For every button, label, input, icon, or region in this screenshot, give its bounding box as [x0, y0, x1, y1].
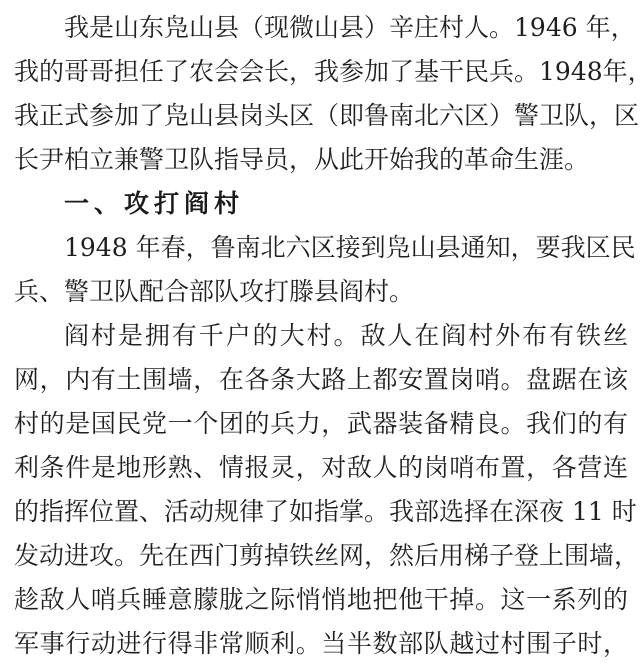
text-line: 的指挥位置、活动规律了如指掌。我部选择在深夜 11 时	[14, 490, 628, 534]
text-line: 发动进攻。先在西门剪掉铁丝网，然后用梯子登上围墙，	[14, 534, 628, 578]
section-paragraph-1: 1948 年春，鲁南北六区接到凫山县通知，要我区民 兵、警卫队配合部队攻打滕县阎…	[14, 226, 628, 314]
text-line: 我正式参加了凫山县岗头区（即鲁南北六区）警卫队，区	[14, 94, 628, 138]
intro-paragraph: 我是山东凫山县（现微山县）辛庄村人。1946 年， 我的哥哥担任了农会会长，我参…	[14, 6, 628, 182]
text-line: 1948 年春，鲁南北六区接到凫山县通知，要我区民	[14, 226, 628, 270]
text-line: 网，内有土围墙，在各条大路上都安置岗哨。盘踞在该	[14, 358, 628, 402]
text-line: 我的哥哥担任了农会会长，我参加了基干民兵。1948年，	[14, 50, 628, 94]
text-line: 军事行动进行得非常顺利。当半数部队越过村围子时，	[14, 622, 628, 663]
text-line: 阎村是拥有千户的大村。敌人在阎村外布有铁丝	[14, 314, 628, 358]
text-line: 长尹柏立兼警卫队指导员，从此开始我的革命生涯。	[14, 138, 628, 182]
text-line: 趁敌人哨兵睡意朦胧之际悄悄地把他干掉。这一系列的	[14, 578, 628, 622]
document-page: 我是山东凫山县（现微山县）辛庄村人。1946 年， 我的哥哥担任了农会会长，我参…	[14, 6, 628, 663]
text-line: 村的是国民党一个团的兵力，武器装备精良。我们的有	[14, 402, 628, 446]
text-line: 我是山东凫山县（现微山县）辛庄村人。1946 年，	[14, 6, 628, 50]
text-line: 利条件是地形熟、情报灵，对敌人的岗哨布置，各营连	[14, 446, 628, 490]
section-heading: 一、攻打阎村	[14, 182, 628, 226]
section-paragraph-2: 阎村是拥有千户的大村。敌人在阎村外布有铁丝 网，内有土围墙，在各条大路上都安置岗…	[14, 314, 628, 663]
text-line: 兵、警卫队配合部队攻打滕县阎村。	[14, 270, 628, 314]
